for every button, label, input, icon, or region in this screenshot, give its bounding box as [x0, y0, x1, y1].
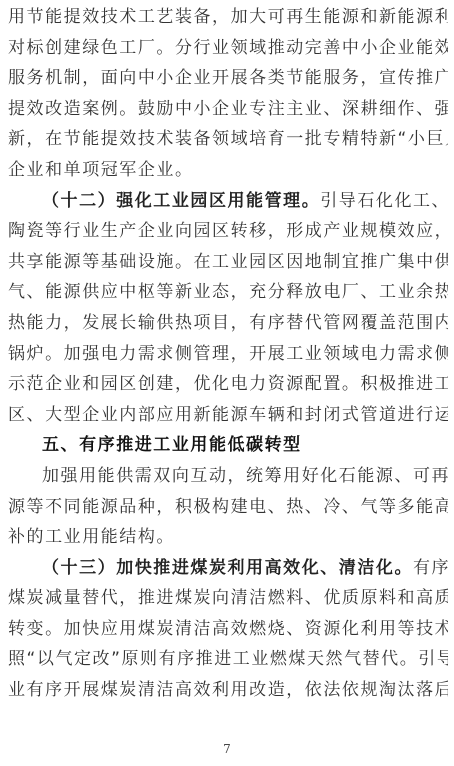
- paragraph-line: 锅炉。加强电力需求侧管理，开展工业领域电力需求侧管理: [8, 339, 448, 370]
- paragraph-line: 业有序开展煤炭清洁高效利用改造，依法依规淘汰落后产: [8, 675, 448, 706]
- paragraph-line: 陶瓷等行业生产企业向园区转移，形成产业规模效应，共建: [8, 216, 448, 247]
- document-page: 用节能提效技术工艺装备，加大可再生能源和新能源利用， 对标创建绿色工厂。分行业领…: [8, 2, 448, 706]
- paragraph-line: 示范企业和园区创建，优化电力资源配置。积极推进工业园: [8, 369, 448, 400]
- paragraph-line: 热能力，发展长输供热项目，有序替代管网覆盖范围内燃煤: [8, 308, 448, 339]
- paragraph-line: 提效改造案例。鼓励中小企业专注主业、深耕细作、强化创: [8, 94, 448, 125]
- paragraph-line: 服务机制，面向中小企业开展各类节能服务，宣传推广节能: [8, 63, 448, 94]
- page-number: 7: [0, 742, 454, 756]
- section-12-line: （十二）强化工业园区用能管理。引导石化化工、纺织、: [8, 186, 448, 217]
- paragraph-line: 照“以气定改”原则有序推进工业燃煤天然气替代。引导企: [8, 644, 448, 675]
- paragraph-line: 区、大型企业内部应用新能源车辆和封闭式管道进行运输。: [8, 400, 448, 431]
- section-12-title: （十二）强化工业园区用能管理。: [42, 191, 320, 211]
- paragraph-line: 转变。加快应用煤炭清洁高效燃烧、资源化利用等技术。按: [8, 614, 448, 645]
- paragraph-line: 源等不同能源品种，积极构建电、热、冷、气等多能高效互: [8, 492, 448, 523]
- paragraph-line: 新，在节能提效技术装备领域培育一批专精特新“小巨人”: [8, 124, 448, 155]
- paragraph-line: 企业和单项冠军企业。: [8, 155, 448, 186]
- section-13-text: 有序推动: [413, 558, 448, 578]
- paragraph-line: 用节能提效技术工艺装备，加大可再生能源和新能源利用，: [8, 2, 448, 33]
- paragraph-line: 对标创建绿色工厂。分行业领域推动完善中小企业能效合作: [8, 33, 448, 64]
- paragraph-line: 加强用能供需双向互动，统筹用好化石能源、可再生能: [8, 461, 448, 492]
- section-12-text: 引导石化化工、纺织、: [320, 191, 448, 211]
- section-13-line: （十三）加快推进煤炭利用高效化、清洁化。有序推动: [8, 553, 448, 584]
- paragraph-line: 气、能源供应中枢等新业态，充分释放电厂、工业余热等供: [8, 277, 448, 308]
- paragraph-line: 共享能源等基础设施。在工业园区因地制宜推广集中供热供: [8, 247, 448, 278]
- section-heading-5: 五、有序推进工业用能低碳转型: [8, 430, 448, 461]
- paragraph-line: 补的工业用能结构。: [8, 522, 448, 553]
- section-13-title: （十三）加快推进煤炭利用高效化、清洁化。: [42, 558, 413, 578]
- paragraph-line: 煤炭减量替代，推进煤炭向清洁燃料、优质原料和高质材料: [8, 583, 448, 614]
